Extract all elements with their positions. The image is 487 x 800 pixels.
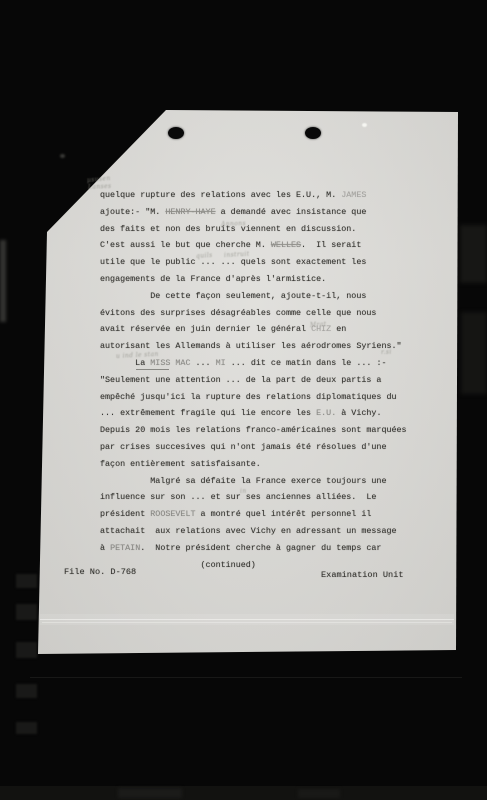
punch-hole-left-icon bbox=[168, 127, 184, 139]
film-sprocket-mark bbox=[16, 684, 37, 698]
document-line: attachait aux relations avec Vichy en ad… bbox=[100, 523, 407, 540]
pencil-annotation: in bbox=[240, 488, 247, 495]
film-dust-speck bbox=[60, 154, 65, 158]
film-edge-artifact bbox=[0, 240, 6, 322]
document-line: président ROOSEVELT a montré quel intérê… bbox=[100, 506, 407, 523]
document-line: utile que le public ... ... quels sont e… bbox=[100, 254, 407, 271]
microfilm-frame: quelque rupture des relations avec les E… bbox=[0, 0, 487, 800]
film-sprocket-mark bbox=[16, 722, 37, 734]
film-sprocket-mark bbox=[16, 574, 37, 588]
punch-hole-right-icon bbox=[305, 127, 321, 139]
document-line: influence sur son ... et sur ses ancienn… bbox=[100, 489, 407, 506]
pencil-annotation: instruit bbox=[224, 251, 250, 259]
document-line: avait réservée en juin dernier le généra… bbox=[100, 321, 407, 338]
document-line: C'est aussi le but que cherche M. WELLES… bbox=[100, 237, 407, 254]
film-frame-edge bbox=[298, 789, 340, 798]
film-scratch-line bbox=[30, 677, 462, 678]
document-line: "Seulement une attention ... de la part … bbox=[100, 372, 407, 389]
pencil-underline bbox=[136, 369, 169, 370]
pencil-annotation: quils bbox=[196, 252, 213, 260]
pencil-annotation: r.si bbox=[381, 349, 392, 356]
scan-streak bbox=[40, 619, 454, 620]
film-edge-artifact bbox=[461, 312, 487, 394]
document-line: Malgré sa défaite la France exerce toujo… bbox=[100, 473, 407, 490]
film-frame-edge bbox=[0, 786, 487, 800]
file-number-label: File No. D-768 bbox=[64, 567, 136, 577]
document-line: des faits et non des bruits viennent en … bbox=[100, 221, 407, 238]
film-edge-artifact bbox=[460, 225, 487, 283]
document-line: engagements de la France d'après l'armis… bbox=[100, 271, 407, 288]
paper-speck bbox=[362, 123, 367, 127]
document-line: Depuis 20 mois les relations franco-amér… bbox=[100, 422, 407, 439]
document-line: façon entièrement satisfaisante. bbox=[100, 456, 407, 473]
pencil-annotation: Lanses bbox=[88, 183, 112, 191]
film-sprocket-mark bbox=[16, 604, 37, 620]
pencil-annotation: Mrat bbox=[310, 321, 327, 329]
document-line: évitons des surprises désagréables comme… bbox=[100, 305, 407, 322]
film-sprocket-mark bbox=[16, 642, 37, 658]
document-line: ... extrêmement fragile qui lie encore l… bbox=[100, 405, 407, 422]
film-frame-edge bbox=[118, 788, 182, 798]
document-line: ajoute:- "M. HENRY-HAYE a demandé avec i… bbox=[100, 204, 407, 221]
pencil-annotation: Annons bbox=[221, 220, 246, 228]
document-text: quelque rupture des relations avec les E… bbox=[100, 187, 407, 573]
document-line: à PETAIN. Notre président cherche à gagn… bbox=[100, 540, 407, 557]
examination-unit-label: Examination Unit bbox=[321, 570, 404, 580]
document-line: empêché jusqu'ici la rupture des relatio… bbox=[100, 389, 407, 406]
scan-streak bbox=[42, 622, 452, 623]
document-line: De cette façon seulement, ajoute-t-il, n… bbox=[100, 288, 407, 305]
document-line: par crises succesives qui n'ont jamais é… bbox=[100, 439, 407, 456]
document-line: quelque rupture des relations avec les E… bbox=[100, 187, 407, 204]
